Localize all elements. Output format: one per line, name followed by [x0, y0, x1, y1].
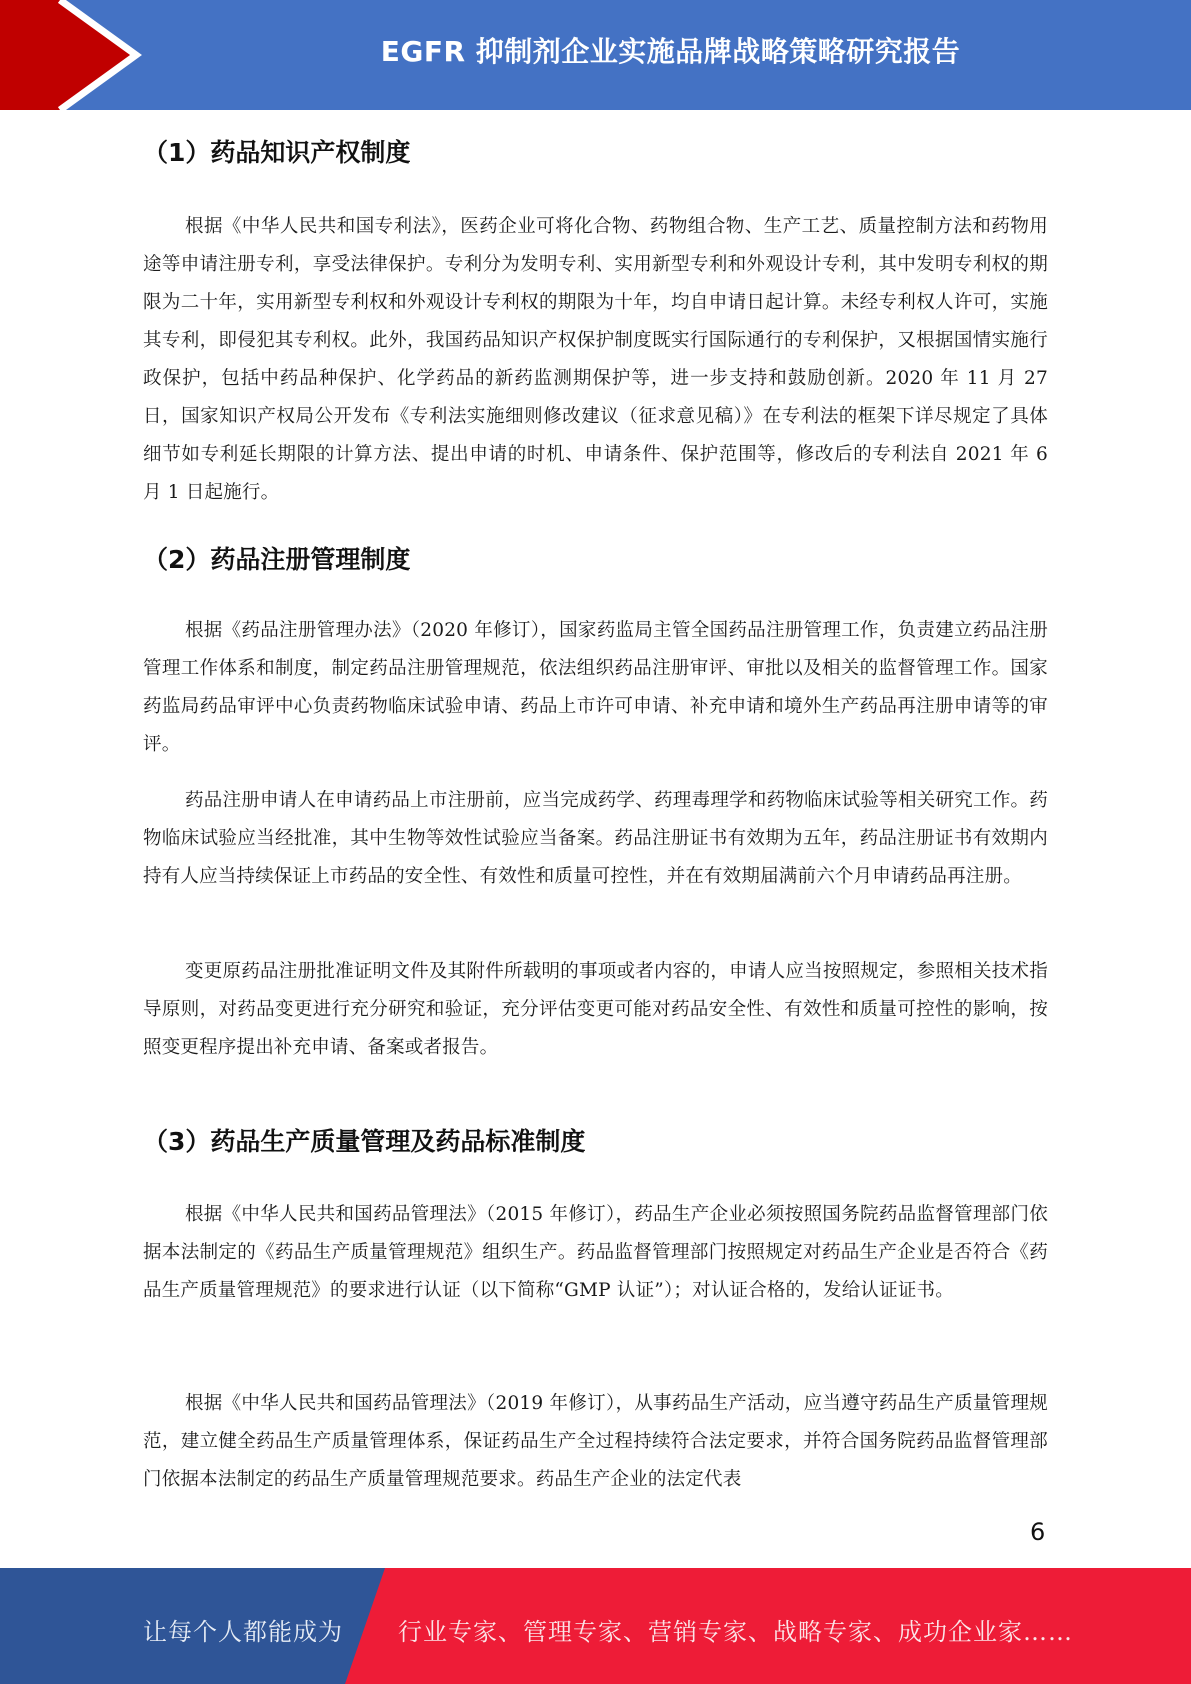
paragraph: 根据《中华人民共和国药品管理法》（2019 年修订），从事药品生产活动，应当遵守… — [143, 1385, 1048, 1499]
paragraph: 根据《药品注册管理办法》（2020 年修订），国家药监局主管全国药品注册管理工作… — [143, 612, 1048, 764]
page-header: EGFR 抑制剂企业实施品牌战略策略研究报告 — [0, 0, 1191, 110]
paragraph: 变更原药品注册批准证明文件及其附件所载明的事项或者内容的，申请人应当按照规定，参… — [143, 953, 1048, 1067]
section-heading-gmp: （3）药品生产质量管理及药品标准制度 — [143, 1122, 585, 1158]
report-title: EGFR 抑制剂企业实施品牌战略策略研究报告 — [0, 30, 1191, 70]
page-footer: 让每个人都能成为 行业专家、管理专家、营销专家、战略专家、成功企业家…… — [0, 1568, 1191, 1684]
paragraph: 根据《中华人民共和国药品管理法》（2015 年修订），药品生产企业必须按照国务院… — [143, 1196, 1048, 1310]
paragraph: 药品注册申请人在申请药品上市注册前，应当完成药学、药理毒理学和药物临床试验等相关… — [143, 782, 1048, 896]
footer-slogan-right: 行业专家、管理专家、营销专家、战略专家、成功企业家…… — [398, 1612, 1073, 1647]
page-number: 6 — [1030, 1518, 1045, 1546]
footer-slogan-left: 让每个人都能成为 — [143, 1612, 343, 1647]
section-heading-registration: （2）药品注册管理制度 — [143, 540, 410, 576]
paragraph: 根据《中华人民共和国专利法》，医药企业可将化合物、药物组合物、生产工艺、质量控制… — [143, 208, 1048, 512]
section-heading-ip: （1）药品知识产权制度 — [143, 133, 410, 169]
